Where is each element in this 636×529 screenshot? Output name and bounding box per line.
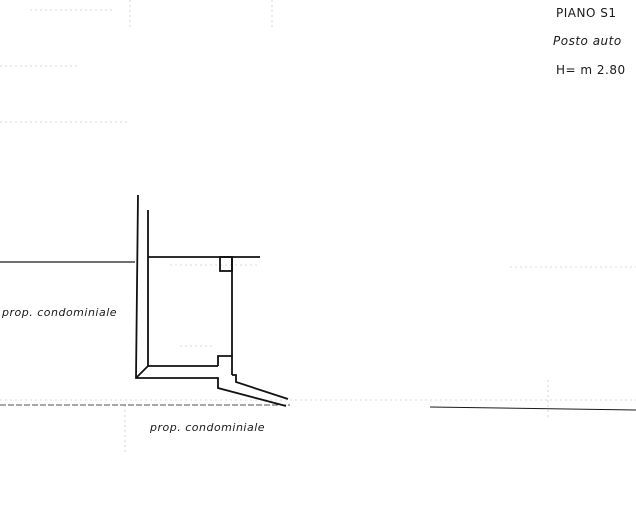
faint-reference-lines [0, 0, 636, 455]
floor-label: PIANO S1 [556, 6, 616, 20]
floor-plan-drawing [0, 0, 636, 529]
floor-plan-sheet: PIANO S1 Posto auto H= m 2.80 prop. cond… [0, 0, 636, 529]
left-boundary-label: prop. condominiale [2, 306, 117, 319]
use-label: Posto auto [553, 34, 622, 48]
property-boundary-lines [0, 262, 636, 410]
bottom-boundary-label: prop. condominiale [150, 421, 265, 434]
parking-space-walls [136, 195, 288, 406]
height-label: H= m 2.80 [556, 63, 626, 77]
